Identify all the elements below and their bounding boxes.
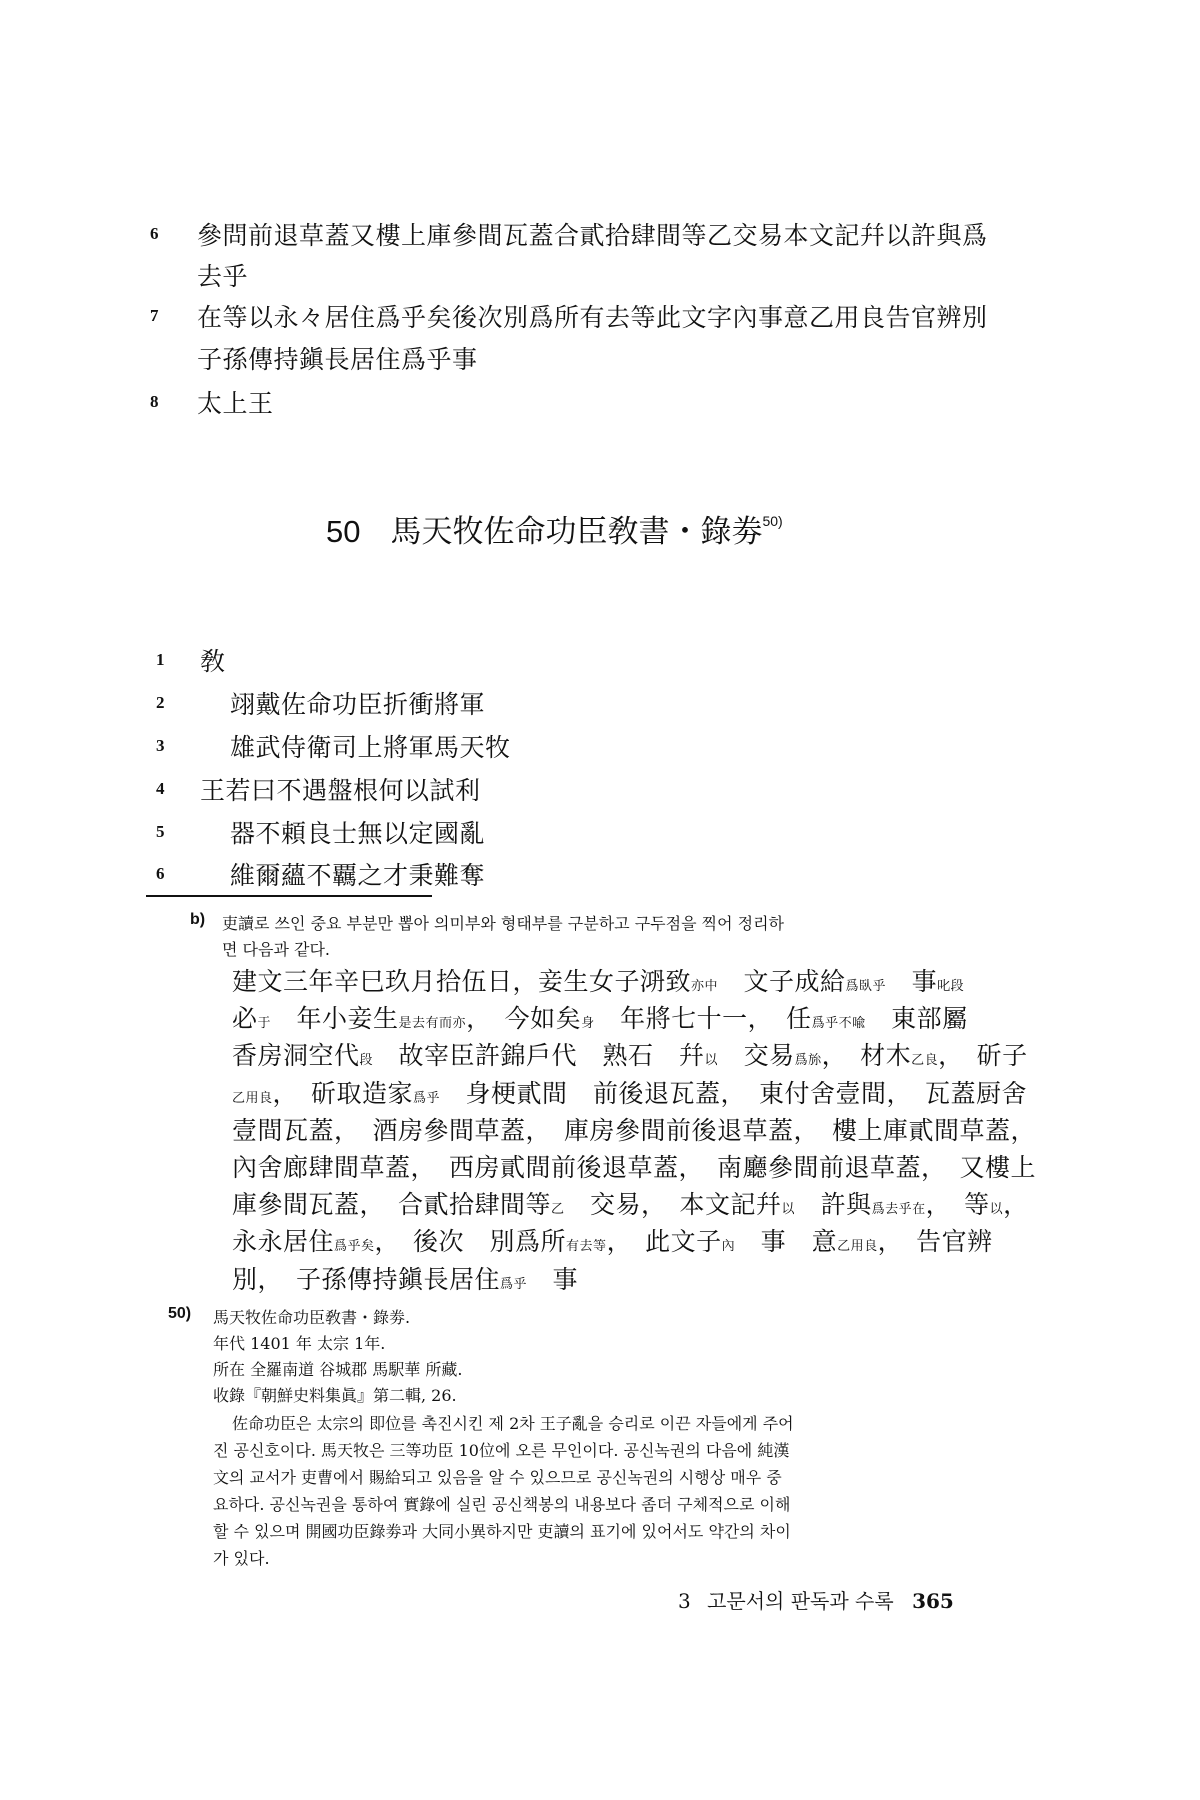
document-line-continuation: 去乎 (197, 257, 248, 293)
transcription-text: 必 (232, 1004, 258, 1033)
note-intro-continued: 면 다음과 같다. (222, 937, 330, 960)
transcription-line: 別， 子孫傳持鎭長居住爲乎 事 (232, 1260, 578, 1296)
transcription-text: ， (1003, 1190, 1029, 1219)
idu-particle: 以 (705, 1053, 719, 1068)
document-line: 太上王 (197, 384, 274, 420)
transcription-text: 事 (527, 1265, 578, 1294)
line-number: 3 (156, 736, 165, 756)
document-line: 維爾蘊不覊之才秉難奪 (230, 856, 485, 892)
chapter-number: 3 (678, 1589, 691, 1613)
idu-particle: 于 (258, 1016, 272, 1031)
idu-particle: 以 (782, 1202, 796, 1217)
transcription-text: 事 意 (735, 1227, 837, 1256)
transcription-line: 乙用良， 斫取造家爲乎 身梗貳間 前後退瓦蓋， 東付舍壹間， 瓦蓋厨舍 (232, 1074, 1027, 1110)
transcription-text: 故宰臣許錦戶代 熟石 幷 (373, 1041, 705, 1070)
transcription-line: 香房洞空代段 故宰臣許錦戶代 熟石 幷以 交易爲旀， 材木乙良， 斫子 (232, 1036, 1028, 1072)
footnote-label: 50) (168, 1305, 191, 1323)
idu-particle: 是去有而亦 (399, 1016, 467, 1031)
transcription-text: 東部屬 (866, 1004, 968, 1033)
transcription-line: 內舍廊肆間草蓋， 西房貳間前後退草蓋， 南廳參間前退草蓋， 又樓上 (232, 1148, 1036, 1184)
transcription-line: 永永居住爲乎矣， 後次 別爲所有去等， 此文子內 事 意乙用良， 告官辨 (232, 1222, 993, 1258)
transcription-line: 必于 年小妾生是去有而亦， 今如矣身 年將七十一， 任爲乎不喩 東部屬 (232, 999, 968, 1035)
transcription-text: 年小妾生 (271, 1004, 399, 1033)
transcription-text: 香房洞空代 (232, 1041, 360, 1070)
idu-particle: 乙用良 (232, 1091, 273, 1106)
transcription-text: 身梗貳間 前後退瓦蓋， 東付舍壹間， 瓦蓋厨舍 (440, 1079, 1027, 1108)
idu-particle: 以 (990, 1202, 1004, 1217)
footnote-collection: 收錄『朝鮮史料集眞』第二輯, 26. (213, 1383, 457, 1406)
idu-particle: 爲乎 (500, 1277, 527, 1292)
transcription-text: 永永居住 (232, 1227, 334, 1256)
transcription-line: 庫參間瓦蓋， 合貳拾肆間等乙 交易， 本文記幷以 許與爲去乎在， 等以， (232, 1185, 1029, 1221)
footnote-location: 所在 全羅南道 谷城郡 馬駅華 所藏. (213, 1357, 462, 1380)
line-number: 6 (150, 224, 159, 244)
footnote-divider (146, 895, 432, 897)
transcription-text: ， 告官辨 (878, 1227, 993, 1256)
transcription-text: 建文三年辛巳玖月拾伍日，妾生女子㳩致 (232, 967, 691, 996)
line-number: 7 (150, 306, 159, 326)
transcription-line: 壹間瓦蓋， 酒房參間草蓋， 庫房參間前後退草蓋， 樓上庫貳間草蓋， (232, 1111, 1036, 1147)
transcription-text: 內舍廊肆間草蓋， 西房貳間前後退草蓋， 南廳參間前退草蓋， 又樓上 (232, 1153, 1036, 1182)
document-line: 在等以永々居住爲乎矣後次別爲所有去等此文字內事意乙用良告官辨別 (197, 298, 988, 334)
idu-particle: 爲臥乎 (846, 979, 887, 994)
transcription-text: ， 斫取造家 (273, 1079, 414, 1108)
transcription-text: 事 (886, 967, 937, 996)
note-label: b) (190, 911, 205, 929)
transcription-text: ， 後次 別爲所 (375, 1227, 567, 1256)
footnote-body-line: 佐命功臣은 太宗의 即位를 촉진시킨 제 2차 王子亂을 승리로 이끈 자들에게… (232, 1411, 794, 1434)
idu-particle: 爲乎矣 (334, 1239, 375, 1254)
line-number: 8 (150, 392, 159, 412)
transcription-text: 許與 (795, 1190, 872, 1219)
idu-particle: 段 (360, 1053, 374, 1068)
transcription-text: ， 等 (926, 1190, 990, 1219)
transcription-text: ， 今如矣 (466, 1004, 581, 1033)
transcription-text: 別， 子孫傳持鎭長居住 (232, 1265, 500, 1294)
transcription-text: ， 材木 (822, 1041, 912, 1070)
footnote-body-line: 할 수 있으며 開國功臣錄劵과 大同小異하지만 吏讀의 표기에 있어서도 약간의… (213, 1519, 791, 1542)
idu-particle: 乙良 (911, 1053, 938, 1068)
document-line: 翊戴佐命功臣折衝將軍 (230, 685, 485, 721)
idu-particle: 身 (581, 1016, 595, 1031)
footnote-title: 馬天牧佐命功臣敎書・錄劵. (213, 1305, 410, 1328)
section-number: 50 (326, 514, 360, 549)
document-line: 器不頼良士無以定國亂 (230, 814, 485, 850)
footnote-body-line: 요하다. 공신녹권을 통하여 實錄에 실린 공신책봉의 내용보다 좀더 구체적으… (213, 1492, 790, 1515)
transcription-text: 庫參間瓦蓋， 合貳拾肆間等 (232, 1190, 551, 1219)
footnote-body-line: 가 있다. (213, 1546, 270, 1569)
document-line: 參問前退草蓋又樓上庫參間瓦蓋合貳拾肆間等乙交易本文記幷以許與爲 (197, 216, 988, 252)
idu-particle: 叱段 (937, 979, 964, 994)
document-line: 王若曰不遇盤根何以試利 (200, 771, 481, 807)
transcription-text: 壹間瓦蓋， 酒房參間草蓋， 庫房參間前後退草蓋， 樓上庫貳間草蓋， (232, 1116, 1036, 1145)
chapter-title: 고문서의 판독과 수록 (707, 1589, 894, 1613)
document-line: 敎 (200, 642, 226, 678)
idu-particle: 內 (722, 1239, 736, 1254)
idu-particle: 爲旀 (795, 1053, 822, 1068)
idu-particle: 乙 (551, 1202, 565, 1217)
idu-particle: 爲乎 (413, 1091, 440, 1106)
idu-particle: 有去等 (566, 1239, 607, 1254)
line-number: 6 (156, 864, 165, 884)
line-number: 2 (156, 693, 165, 713)
idu-particle: 亦中 (691, 979, 718, 994)
transcription-text: 年將七十一， 任 (595, 1004, 812, 1033)
note-intro: 吏讀로 쓰인 중요 부분만 뽑아 의미부와 형태부를 구분하고 구두점을 찍어 … (222, 911, 784, 934)
section-title-text: 馬天牧佐命功臣敎書・錄劵 (390, 514, 762, 550)
page-footer: 3 고문서의 판독과 수록 365 (678, 1585, 954, 1614)
document-line-continuation: 子孫傳持鎭長居住爲乎事 (197, 340, 478, 376)
footnote-era: 年代 1401 年 太宗 1年. (213, 1331, 385, 1354)
footnote-reference: 50) (762, 513, 782, 529)
document-line: 雄武侍衛司上將軍馬天牧 (230, 728, 511, 764)
line-number: 5 (156, 822, 165, 842)
section-title: 50馬天牧佐命功臣敎書・錄劵50) (326, 506, 783, 551)
idu-particle: 爲去乎在 (872, 1202, 926, 1217)
idu-particle: 爲乎不喩 (812, 1016, 866, 1031)
line-number: 1 (156, 650, 165, 670)
transcription-text: ， 斫子 (938, 1041, 1028, 1070)
transcription-text: 交易 (718, 1041, 795, 1070)
line-number: 4 (156, 779, 165, 799)
footnote-body-line: 진 공신호이다. 馬天牧은 三等功臣 10位에 오른 무인이다. 공신녹권의 다… (213, 1438, 789, 1461)
page-number: 365 (912, 1589, 954, 1613)
transcription-text: 文子成給 (718, 967, 846, 996)
idu-particle: 乙用良 (837, 1239, 878, 1254)
transcription-text: ， 此文子 (607, 1227, 722, 1256)
footnote-body-line: 文의 교서가 吏曹에서 賜給되고 있음을 알 수 있으므로 공신녹권의 시행상 … (213, 1465, 782, 1488)
transcription-text: 交易， 本文記幷 (565, 1190, 782, 1219)
transcription-line: 建文三年辛巳玖月拾伍日，妾生女子㳩致亦中 文子成給爲臥乎 事叱段 (232, 962, 964, 998)
